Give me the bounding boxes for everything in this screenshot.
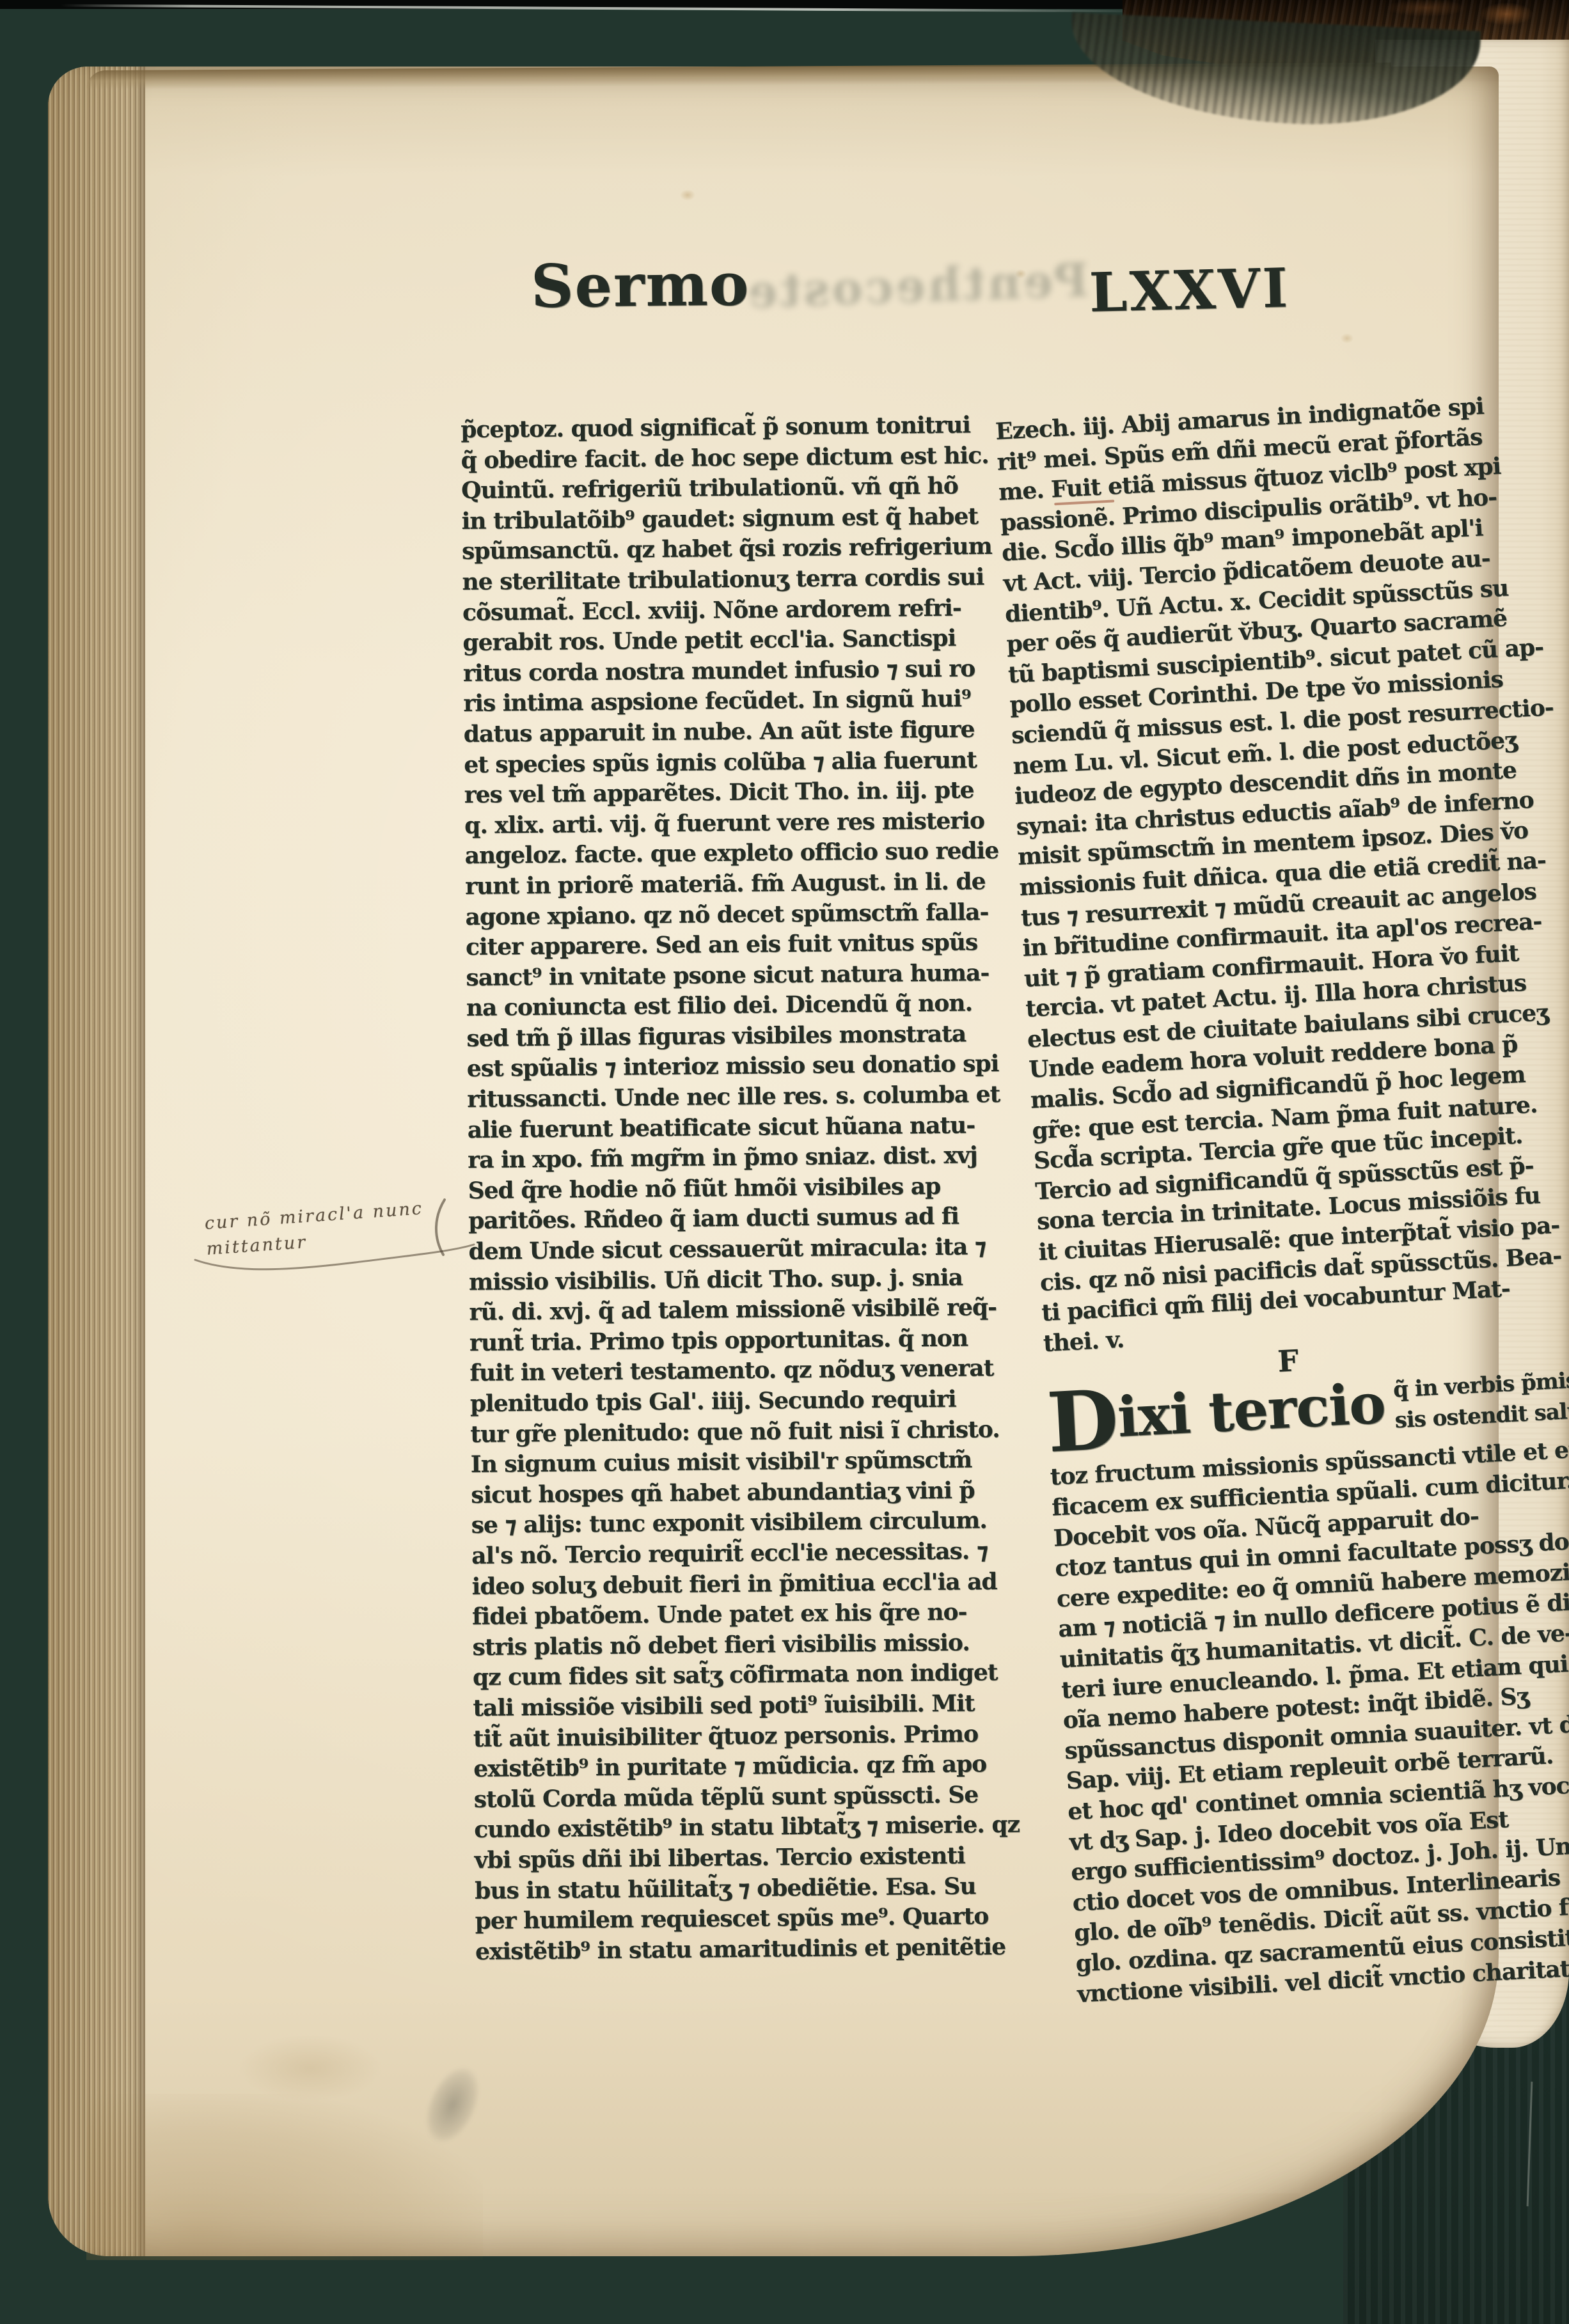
text-line: est spũalis ⁊ interioz missio seu donati… [467,1049,999,1085]
text-line: ritussancti. Unde nec ille res. s. colum… [467,1080,999,1115]
text-line: p̃ceptoz. quod significat̃ p̃ sonum toni… [461,410,993,446]
section-heading-rest: ixi tercio [1116,1372,1387,1450]
text-line: qz cum fides sit sat̃ʒ cõfirmata non ind… [473,1658,1005,1693]
text-line: fidei pbatõem. Unde patet ex his q̃re no… [472,1597,1004,1633]
ink-smudge [404,2045,502,2165]
text-line: cõsumat̃. Eccl. xviij. Nõne ardorem refr… [462,593,995,629]
bleedthrough-ghost-text: Penthecoste [745,253,1090,319]
text-line: res vel tm̃ apparẽtes. Dicit Tho. in. ii… [464,775,996,811]
text-line: q. xlix. arti. vij. q̃ fuerunt vere res … [464,806,997,842]
text-line: cundo existẽtib⁹ in statu libtat̃ʒ ⁊ mis… [474,1810,1006,1846]
text-line: spũmsanctũ. qz habet q̃si rozis refriger… [462,531,994,567]
text-line: in tribulatõib⁹ gaudet: signum est q̃ ha… [461,501,993,537]
text-line: In signum cuius misit visibil'r spũmsctm… [471,1445,1003,1480]
text-line: fuit in veteri testamento. qz nõduʒ vene… [469,1353,1002,1389]
text-line: existẽtib⁹ in statu amaritudinis et peni… [475,1932,1007,1968]
paper-stain [214,2023,406,2113]
text-line: ra in xpo. fm̃ mgr̃m in p̃mo sniaz. dist… [468,1140,1000,1176]
text-line: citer apparere. Sed an eis fuit vnitus s… [466,927,998,963]
text-line: tali missiõe visibili sed poti⁹ ĩuisibil… [473,1688,1005,1724]
text-line: rũ. di. xvj. q̃ ad talem missionẽ visibi… [469,1292,1001,1328]
foxing-spot [1339,332,1355,345]
text-line: dem Unde sicut cessauerũt miracula: ita … [468,1232,1000,1268]
book-photo: { "page": { "header": { "running_title":… [0,0,1569,2324]
page-number: LXXVI [1089,256,1291,324]
text-line: tit̃ aũt inuisibiliter q̃tuoz personis. … [473,1718,1005,1754]
text-line: alie fuerunt beatificate sicut hũana nat… [468,1110,1000,1146]
binding-shadow [1068,13,1481,132]
text-line: gerabit ros. Unde petit eccl'ia. Sanctis… [462,623,995,659]
text-line: al's nõ. Tercio requirit̃ eccl'ie necess… [471,1536,1004,1572]
text-line: sed tm̃ p̃ illas figuras visibiles monst… [466,1019,998,1055]
text-line: Sed q̃re hodie nõ fiũt hmõi visibiles ap [468,1171,1000,1207]
text-line: q̃ obedire facit. de hoc sepe dictum est… [461,441,993,476]
text-line: vbi spũs dñi ibi libertas. Tercio existe… [474,1841,1006,1876]
text-line: ideo soluʒ debuit fieri in p̃mitiua eccl… [471,1566,1004,1602]
text-line: datus apparuit in nube. An aũt iste figu… [464,714,996,750]
text-line: ris intima aspsione fecũdet. In signũ hu… [463,684,995,719]
text-line: runt̃ tria. Primo tpis opportunitas. q̃ … [469,1323,1002,1359]
heading-side-lines: q̃ in verbis p̃mis-sis ostendit salua- [1392,1363,1569,1436]
drop-cap-initial: D [1045,1372,1121,1472]
text-line: stris platis nõ debet fieri visibilis mi… [472,1628,1004,1663]
section-heading-incipit: Dixi tercio [1046,1375,1387,1452]
corner-stain [86,2094,483,2260]
text-line: tur gr̃e plenitudo: que nõ fuit nisi ĩ c… [470,1415,1002,1450]
text-line: paritões. Rñdeo q̃ iam ducti sumus ad fi [468,1201,1000,1237]
running-title: Sermo [530,249,750,321]
pen-flourish [190,1191,484,1293]
book-page: Penthecoste Sermo LXXVI p̃ceptoz. quod s… [48,67,1499,2256]
text-line: missio visibilis. Uñ dicit Tho. sup. j. … [469,1262,1001,1298]
text-column-right: Ezech. iij. Abij amarus in indignatõe sp… [995,391,1565,2010]
text-line: sanct⁹ in vnitate psone sicut natura hum… [466,958,998,994]
text-line: plenitudo tpis Gal'. iiij. Secundo requi… [470,1384,1002,1420]
text-line: ritus corda nostra mundet infusio ⁊ sui … [463,654,995,689]
text-line: agone xpiano. qz nõ decet spũmsctm̃ fall… [465,897,997,932]
text-line: runt in priorẽ materiã. fm̃ August. in l… [465,867,997,902]
right-column-upper-lines: Ezech. iij. Abij amarus in indignatõe sp… [995,391,1531,1359]
text-line: sicut hospes qñ habet abundantiaʒ vini p… [471,1475,1003,1511]
text-line: per humilem requiescet spũs me⁹. Quarto [475,1901,1007,1937]
text-line: na coniuncta est filio dei. Dicendũ q̃ n… [466,988,998,1024]
text-line: bus in statu hũilitat̃ʒ ⁊ obediẽtie. Esa… [475,1871,1007,1906]
text-line: existẽtib⁹ in puritate ⁊ mũdicia. qz fm̃… [473,1749,1005,1785]
foxing-spot [678,188,697,202]
text-line: Quintũ. refrigeriũ tribulationũ. vñ qñ h… [461,471,993,506]
right-column-lower-lines: toz fructum missionis spũssancti vtile e… [1050,1437,1565,2009]
text-column-left: p̃ceptoz. quod significat̃ p̃ sonum toni… [461,410,1007,1967]
text-line: stolũ Corda mũda tẽplũ sunt spũsscti. Se [474,1780,1006,1816]
text-line: ne sterilitate tribulationuʒ terra cordi… [462,562,994,598]
text-line: angeloz. facte. que expleto officio suo … [464,836,997,872]
fore-edge-page-stack [48,67,145,2256]
text-line: se ⁊ alijs: tunc exponit visibilem circu… [471,1505,1003,1541]
text-line: et species spũs ignis colũba ⁊ alia fuer… [464,745,996,781]
